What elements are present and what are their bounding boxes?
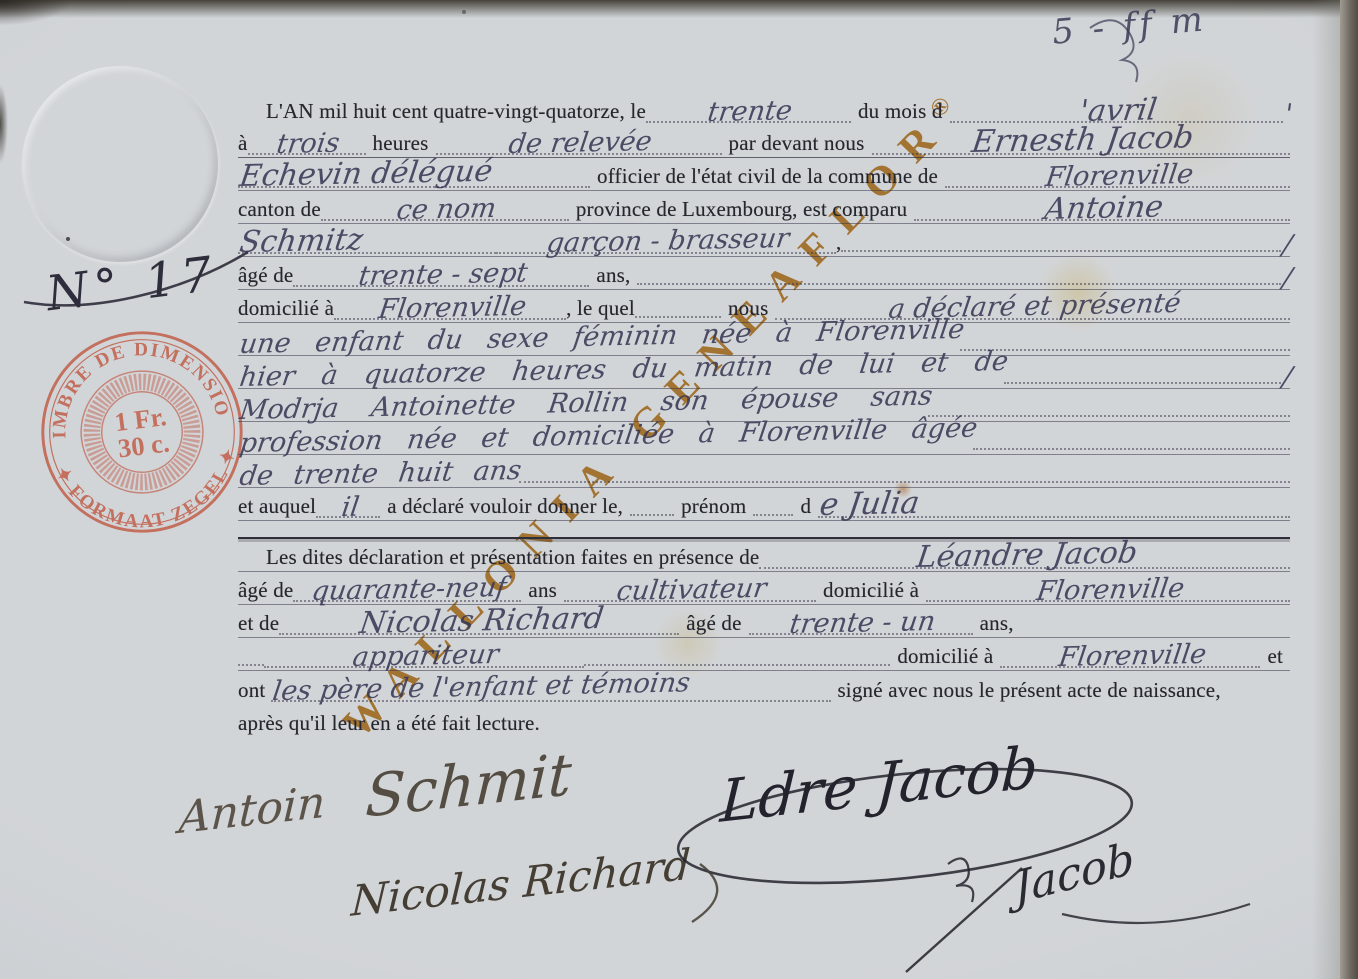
act-number: N° 17 bbox=[43, 246, 221, 323]
blank-declarant-first: Antoine bbox=[914, 192, 1290, 221]
printed-et: et bbox=[1267, 645, 1283, 668]
printed-canton: canton de bbox=[238, 198, 321, 221]
blank-witness2-profession: appariteur bbox=[264, 642, 584, 668]
signature-paraph-name: Jacob bbox=[1012, 839, 1135, 909]
stamp-graphic: TIMBRE DE DIMENSION ✦ FORMAAT ZEGEL ✦ 1 … bbox=[22, 312, 263, 553]
printed-signed-act: signé avec nous le présent acte de naiss… bbox=[837, 679, 1220, 702]
printed-ans-3: ans, bbox=[980, 612, 1014, 635]
printed-domiciled-3: domicilié à bbox=[897, 645, 993, 668]
printed-et-auquel: et auquel bbox=[238, 495, 316, 518]
act-line-6: âgé de trente - sept ans, ∕ bbox=[238, 257, 1290, 290]
signature-witness2: Nicolas Richard bbox=[347, 853, 689, 920]
blank-rule bbox=[973, 446, 1290, 450]
blank-rule bbox=[753, 512, 793, 516]
blank-rule bbox=[635, 314, 721, 318]
act-line-16: et de Nicolas Richard âgé de trente - un… bbox=[238, 605, 1290, 638]
signature-father: AntoinSchmit bbox=[173, 753, 569, 839]
printed-witness-intro: Les dites déclaration et présentation fa… bbox=[266, 546, 759, 569]
blank-il: il bbox=[316, 492, 380, 518]
stroke-mark: ∕ bbox=[1281, 267, 1293, 291]
act-line-3: Echevin délégué officier de l'état civil… bbox=[238, 158, 1290, 191]
printed-civil-officer: officier de l'état civil de la commune d… bbox=[597, 165, 938, 188]
blank-hour: trois bbox=[248, 129, 366, 155]
act-line-4: canton de ce nom province de Luxembourg,… bbox=[238, 191, 1290, 224]
timbre-de-dimension-stamp: TIMBRE DE DIMENSION ✦ FORMAAT ZEGEL ✦ 1 … bbox=[22, 312, 263, 553]
printed-year-phrase: L'AN mil huit cent quatre-vingt-quatorze… bbox=[266, 100, 646, 123]
signature-father-firstname: Antoin bbox=[178, 783, 326, 839]
signature-father-lastname: Schmit bbox=[364, 748, 573, 823]
handwritten-child-firstname: e Julia bbox=[818, 490, 921, 520]
handwritten-officer-title: Echevin délégué bbox=[238, 158, 494, 190]
signature-paraph: Jacob bbox=[1007, 843, 1136, 909]
handwritten-hour: trois bbox=[275, 131, 341, 157]
handwritten-witness1-name: Léandre Jacob bbox=[915, 539, 1139, 571]
signature-witness2-name: Nicolas Richard bbox=[350, 846, 691, 921]
printed-before-us: par devant nous bbox=[729, 132, 865, 155]
act-line-2: à trois heures de relevée par devant nou… bbox=[238, 125, 1290, 158]
printed-after-reading: après qu'il leur en a été fait lecture. bbox=[238, 712, 540, 735]
handwritten-witness1-profession: cultivateur bbox=[615, 577, 768, 604]
ink-speck bbox=[462, 10, 466, 14]
blank-signatories: les père de l'enfant et témoins bbox=[271, 676, 831, 702]
blank-meridiem: de relevée bbox=[436, 129, 722, 155]
act-line-19: après qu'il leur en a été fait lecture. bbox=[238, 704, 1290, 737]
printed-ont: ont bbox=[238, 679, 265, 702]
stroke-mark: ' bbox=[1283, 103, 1294, 127]
act-line-12: de trente huit ans bbox=[238, 455, 1290, 488]
handwritten-day: trente bbox=[706, 99, 794, 125]
printed-ans: ans, bbox=[596, 264, 630, 287]
blank-witness2-domicile: Florenville bbox=[1000, 642, 1260, 668]
act-line-18: ont les père de l'enfant et témoins sign… bbox=[238, 671, 1290, 704]
handwritten-declarant-firstname: Antoine bbox=[1043, 194, 1165, 223]
printed-prenom: prénom bbox=[681, 495, 746, 518]
blank-profession: garçon - brasseur bbox=[496, 228, 836, 254]
blank-domicile: Florenville bbox=[334, 294, 566, 320]
blank-rule bbox=[637, 281, 1280, 285]
blank-witness1-name: Léandre Jacob bbox=[759, 540, 1290, 569]
stroke-mark: ∕ bbox=[1281, 234, 1293, 258]
act-line-13: et auquel il a déclaré vouloir donner le… bbox=[238, 488, 1290, 521]
handwritten-witness2-profession: appariteur bbox=[351, 643, 500, 670]
blank-witness1-age: quarante-neuf bbox=[293, 576, 521, 602]
handwritten-witness1-age: quarante-neuf bbox=[310, 576, 508, 604]
blank-witness2-age: trente - un bbox=[749, 609, 973, 635]
printed-month-phrase: du mois d bbox=[858, 100, 943, 123]
blank-witness1-domicile: Florenville bbox=[926, 576, 1290, 602]
handwritten-officer-name: Ernesth Jacob bbox=[970, 124, 1195, 157]
page-right-edge bbox=[1340, 0, 1358, 979]
printed-ans-2: ans bbox=[528, 579, 557, 602]
blank-rule bbox=[1004, 380, 1281, 384]
act-text-block: L'AN mil huit cent quatre-vingt-quatorze… bbox=[238, 92, 1290, 737]
blank-witness1-profession: cultivateur bbox=[564, 576, 816, 602]
stamp-value-centimes: 30 c. bbox=[116, 427, 171, 463]
handwritten-signatories: les père de l'enfant et témoins bbox=[271, 671, 692, 704]
blank-commune: Florenville bbox=[945, 162, 1290, 188]
printed-domiciled: domicilié à bbox=[238, 297, 334, 320]
handwritten-age: trente - sept bbox=[357, 261, 529, 289]
printed-province: province de Luxembourg, est comparu bbox=[576, 198, 907, 221]
printed-nous: nous bbox=[728, 297, 768, 320]
printed-give-name: a déclaré vouloir donner le, bbox=[387, 495, 623, 518]
act-line-11: profession née et domiciliée à Florenvil… bbox=[238, 422, 1290, 455]
act-line-17: appariteur domicilié à Florenville et bbox=[238, 638, 1290, 671]
printed-aged-2: âgé de bbox=[238, 579, 293, 602]
handwritten-domicile: Florenville bbox=[377, 295, 528, 322]
handwritten-witness1-domicile: Florenville bbox=[1035, 577, 1186, 604]
printed-et-de: et de bbox=[238, 612, 279, 635]
printed-lequel: , le quel bbox=[566, 297, 635, 320]
embossed-seal bbox=[22, 66, 218, 262]
handwritten-commune: Florenville bbox=[1044, 163, 1195, 190]
blank-witness2-name: Nicolas Richard bbox=[279, 606, 679, 635]
blank-declarant-last: Schmitz bbox=[238, 225, 496, 254]
blank-rule bbox=[630, 512, 674, 516]
blank-rule bbox=[841, 248, 1280, 252]
printed-aged-3: âgé de bbox=[686, 612, 741, 635]
handwritten-mother-domicile: profession née et domiciliée à Florenvil… bbox=[238, 416, 979, 456]
printed-aged: âgé de bbox=[238, 264, 293, 287]
act-line-5: Schmitz garçon - brasseur , ∕ bbox=[238, 224, 1290, 257]
printed-at: à bbox=[238, 132, 248, 155]
signature-officer-name: Ldre Jacob bbox=[719, 741, 1039, 828]
handwritten-il: il bbox=[340, 495, 361, 520]
page-top-left-corner-shadow bbox=[0, 0, 120, 34]
act-line-15: âgé de quarante-neuf ans cultivateur dom… bbox=[238, 572, 1290, 605]
blank-officer: Ernesth Jacob bbox=[872, 125, 1290, 155]
handwritten-witness2-name: Nicolas Richard bbox=[358, 605, 605, 637]
blank-rule bbox=[238, 662, 264, 666]
handwritten-witness2-domicile: Florenville bbox=[1057, 643, 1208, 670]
blank-day: trente bbox=[646, 97, 851, 123]
handwritten-meridiem: de relevée bbox=[507, 130, 653, 157]
blank-officer-title: Echevin délégué bbox=[238, 159, 590, 188]
act-line-14: Les dites déclaration et présentation fa… bbox=[238, 539, 1290, 572]
blank-canton: ce nom bbox=[321, 195, 569, 221]
blank-firstname: e Julia bbox=[818, 488, 1290, 518]
printed-domiciled-2: domicilié à bbox=[823, 579, 919, 602]
blank-rule bbox=[519, 479, 1290, 483]
page-left-edge-smudge bbox=[0, 84, 8, 164]
printed-d: d bbox=[800, 495, 811, 518]
stroke-mark: ∕ bbox=[1281, 366, 1293, 390]
blank-rule bbox=[928, 413, 1290, 417]
blank-month: 'avril bbox=[950, 94, 1283, 123]
blank-age: trente - sept bbox=[293, 261, 589, 287]
birth-certificate-scan: WALLONIA GENEAFLOR® 5 - ff m N° 17 TIMBR… bbox=[0, 0, 1358, 979]
handwritten-witness2-age: trente - un bbox=[788, 610, 937, 637]
handwritten-mother-age: de trente huit ans bbox=[238, 459, 523, 489]
handwritten-canton: ce nom bbox=[395, 197, 498, 223]
page-right-edge-shade bbox=[1312, 0, 1342, 979]
handwritten-declarant-lastname: Schmitz bbox=[238, 226, 365, 256]
blank-rule bbox=[584, 662, 890, 666]
printed-heures: heures bbox=[373, 132, 429, 155]
handwritten-profession: garçon - brasseur bbox=[545, 227, 791, 256]
signature-officer: Ldre Jacob bbox=[714, 748, 1036, 828]
